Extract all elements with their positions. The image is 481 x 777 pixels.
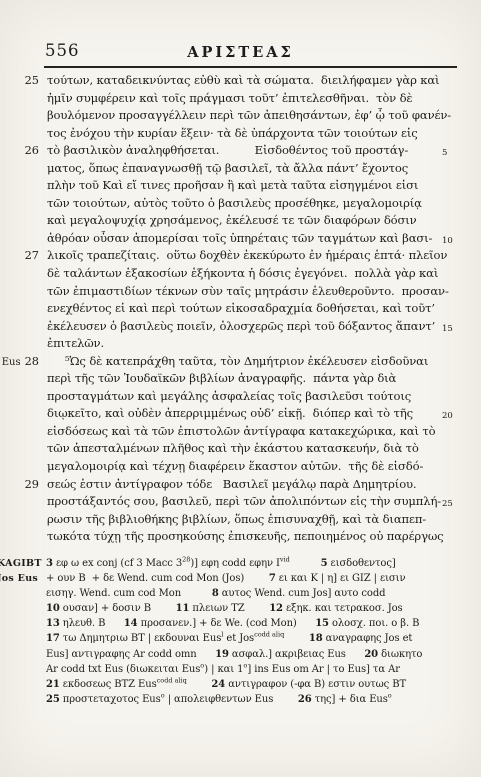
- greek-text: πλὴν τοῦ Καὶ εἴ τινες προῆσαν ἢ καὶ μετὰ…: [47, 178, 418, 192]
- greek-text: καὶ μεγαλοψυχίᾳ χρησάμενος, ἐκέλευσέ τε …: [47, 213, 417, 227]
- text-line: προσταγμάτων καὶ μεγάλης ἀσφαλείας τοῖς …: [0, 388, 481, 406]
- greek-text: ενεχθέντος εἰ καὶ περὶ τούτων εἰκοσαδραχ…: [47, 301, 435, 315]
- verse-prefix: Eus: [2, 357, 21, 368]
- text-line: ἡμῖν συμφέρειν καὶ τοῖς πράγμασι τοῦτ’ ἐ…: [0, 90, 481, 108]
- greek-text: εἰσδόσεως καὶ τὰ τῶν ἐπιστολῶν ἀντίγραφα…: [47, 424, 436, 438]
- text-line: 27λικοῖς τραπεζίταις. οὕτω δοχθὲν ἐκεκύρ…: [0, 247, 481, 265]
- text-line: 29σεώς ἐστιν ἀντίγραφον τόδε Βασιλεῖ μεγ…: [0, 476, 481, 494]
- verse-number: 29: [0, 476, 39, 494]
- text-line: ρωσιν τῆς βιβλιοθήκης βιβλίων, ὅπως ἐπισ…: [0, 511, 481, 529]
- header-rule: [44, 66, 457, 68]
- greek-text: τωκότα τύχῃ τῆς προσηκούσης ἐπισκευῆς, π…: [47, 529, 444, 543]
- book-page: 556 ΑΡΙΣΤΕΑΣ 25τούτων, καταδεικνύντας εὐ…: [0, 0, 481, 777]
- verse-number: Eus28: [0, 353, 39, 372]
- apparatus-line: εισηγ. Wend. cum cod Mon 8 αυτος Wend. c…: [0, 586, 481, 601]
- text-line: ενεχθέντος εἰ καὶ περὶ τούτων εἰκοσαδραχ…: [0, 300, 481, 318]
- critical-apparatus: KAGIBTJos Eus 3 εφ ω ex conj (cf 3 Macc …: [0, 556, 481, 707]
- greek-text: ⁵Ὡς δὲ κατεπράχθη ταῦτα, τὸν Δημήτριον ἐ…: [65, 354, 428, 368]
- text-line: τῶν ἀπεσταλμένων πλῆθος καὶ τὴν ἑκάστου …: [0, 440, 481, 458]
- greek-text: βουλόμενον προσαγγέλλειν περὶ τῶν ἀπειθη…: [47, 108, 451, 122]
- text-line: εἰσδόσεως καὶ τὰ τῶν ἐπιστολῶν ἀντίγραφα…: [0, 423, 481, 441]
- greek-text: σεώς ἐστιν ἀντίγραφον τόδε Βασιλεῖ μεγάλ…: [47, 477, 416, 491]
- body-text: 25τούτων, καταδεικνύντας εὐθὺ καὶ τὰ σώμ…: [0, 72, 481, 546]
- apparatus-line: Eus] αντιγραφης Ar codd omn 19 ασφαλ.] α…: [0, 647, 481, 662]
- text-line: περὶ τῆς τῶν Ἰουδαϊκῶν βιβλίων ἀναγραφῆς…: [0, 370, 481, 388]
- apparatus-line: 17 τω Δημητριω BT | εκδουναι Eusl et Jos…: [0, 631, 481, 646]
- greek-text: ματος, ὅπως ἐπαναγνωσθῇ τῷ βασιλεῖ, τὰ ἄ…: [47, 161, 408, 175]
- page-title: ΑΡΙΣΤΕΑΣ: [0, 44, 481, 61]
- greek-text: τὸ βασιλικὸν ἀναληφθήσεται. Εἰσδοθέντος …: [47, 143, 408, 157]
- verse-number: 26: [0, 142, 39, 160]
- greek-text: τος ἐνόχου τὴν κυρίαν ἕξειν· τὰ δὲ ὑπάρχ…: [47, 126, 418, 140]
- text-line: ἐκέλευσεν ὁ βασιλεὺς ποιεῖν, ὁλοσχερῶς π…: [0, 318, 481, 336]
- greek-text: προστάξαντός σου, βασιλεῦ, περὶ τῶν ἀπολ…: [47, 494, 441, 508]
- text-line: ματος, ὅπως ἐπαναγνωσθῇ τῷ βασιλεῖ, τὰ ἄ…: [0, 160, 481, 178]
- text-line: τῶν ἐπιμαστιδίων τέκνων σὺν ταῖς μητράσι…: [0, 283, 481, 301]
- apparatus-line: Ar codd txt Eus (διωκειται Euso) | και 1…: [0, 662, 481, 677]
- verse-number: 27: [0, 247, 39, 265]
- text-line: διῳκεῖτο, καὶ οὐδὲν ἀπερριμμένως οὐδ’ εἰ…: [0, 405, 481, 423]
- apparatus-line: 13 ηλευθ. B 14 προσανεν.] + δε We. (cod …: [0, 616, 481, 631]
- greek-text: ἐκέλευσεν ὁ βασιλεὺς ποιεῖν, ὁλοσχερῶς π…: [47, 319, 435, 333]
- greek-text: διῳκεῖτο, καὶ οὐδὲν ἀπερριμμένως οὐδ’ εἰ…: [47, 406, 413, 420]
- apparatus-line: 10 ουσαν] + δοσιν B 11 πλειων TZ 12 εξηκ…: [0, 601, 481, 616]
- text-line: βουλόμενον προσαγγέλλειν περὶ τῶν ἀπειθη…: [0, 107, 481, 125]
- text-line: καὶ μεγαλοψυχίᾳ χρησάμενος, ἐκέλευσέ τε …: [0, 212, 481, 230]
- greek-text: τῶν ἀπεσταλμένων πλῆθος καὶ τὴν ἑκάστου …: [47, 441, 419, 455]
- verse-number: 25: [0, 72, 39, 90]
- text-line: μεγαλομοιρίᾳ καὶ τέχνῃ διαφέρειν ἕκαστον…: [0, 458, 481, 476]
- text-line: τος ἐνόχου τὴν κυρίαν ἕξειν· τὰ δὲ ὑπάρχ…: [0, 125, 481, 143]
- greek-text: δὲ ταλάντων ἑξακοσίων ἑξήκοντα ἡ δόσις ἐ…: [47, 266, 438, 280]
- greek-text: ἀθρόαν οὖσαν ἀπομερίσαι τοῖς ὑπηρέταις τ…: [47, 231, 432, 245]
- text-line: ἀθρόαν οὖσαν ἀπομερίσαι τοῖς ὑπηρέταις τ…: [0, 230, 481, 248]
- greek-text: ἡμῖν συμφέρειν καὶ τοῖς πράγμασι τοῦτ’ ἐ…: [47, 91, 413, 105]
- greek-text: μεγαλομοιρίᾳ καὶ τέχνῃ διαφέρειν ἕκαστον…: [47, 459, 423, 473]
- apparatus-line: 21 εκδοσεως BTZ Euscodd aliq 24 αντιγραφ…: [0, 677, 481, 692]
- greek-text: περὶ τῆς τῶν Ἰουδαϊκῶν βιβλίων ἀναγραφῆς…: [47, 371, 396, 385]
- greek-text: προσταγμάτων καὶ μεγάλης ἀσφαλείας τοῖς …: [47, 389, 411, 403]
- apparatus-line: + ουν B + δε Wend. cum cod Mon (Jos) 7 ε…: [0, 571, 481, 586]
- text-line: προστάξαντός σου, βασιλεῦ, περὶ τῶν ἀπολ…: [0, 493, 481, 511]
- text-line: τῶν τοιούτων, αὐτὸς τοῦτο ὁ βασιλεὺς προ…: [0, 195, 481, 213]
- greek-text: τῶν τοιούτων, αὐτὸς τοῦτο ὁ βασιλεὺς προ…: [47, 196, 422, 210]
- text-line: 26τὸ βασιλικὸν ἀναληφθήσεται. Εἰσδοθέντο…: [0, 142, 481, 160]
- text-line: Eus28⁵Ὡς δὲ κατεπράχθη ταῦτα, τὸν Δημήτρ…: [0, 353, 481, 371]
- apparatus-line: 3 εφ ω ex conj (cf 3 Macc 328)] εφη codd…: [0, 556, 481, 571]
- greek-text: ἐπιτελῶν.: [47, 336, 104, 350]
- greek-text: λικοῖς τραπεζίταις. οὕτω δοχθὲν ἐκεκύρωτ…: [47, 248, 447, 262]
- text-line: 25τούτων, καταδεικνύντας εὐθὺ καὶ τὰ σώμ…: [0, 72, 481, 90]
- text-line: ἐπιτελῶν.: [0, 335, 481, 353]
- greek-text: ρωσιν τῆς βιβλιοθήκης βιβλίων, ὅπως ἐπισ…: [47, 512, 426, 526]
- apparatus-line: 25 προστεταχοτος Euso | απολειφθεντων Eu…: [0, 692, 481, 707]
- text-line: πλὴν τοῦ Καὶ εἴ τινες προῆσαν ἢ καὶ μετὰ…: [0, 177, 481, 195]
- greek-text: τῶν ἐπιμαστιδίων τέκνων σὺν ταῖς μητράσι…: [47, 284, 449, 298]
- greek-text: τούτων, καταδεικνύντας εὐθὺ καὶ τὰ σώματ…: [47, 73, 439, 87]
- text-line: δὲ ταλάντων ἑξακοσίων ἑξήκοντα ἡ δόσις ἐ…: [0, 265, 481, 283]
- text-line: τωκότα τύχῃ τῆς προσηκούσης ἐπισκευῆς, π…: [0, 528, 481, 546]
